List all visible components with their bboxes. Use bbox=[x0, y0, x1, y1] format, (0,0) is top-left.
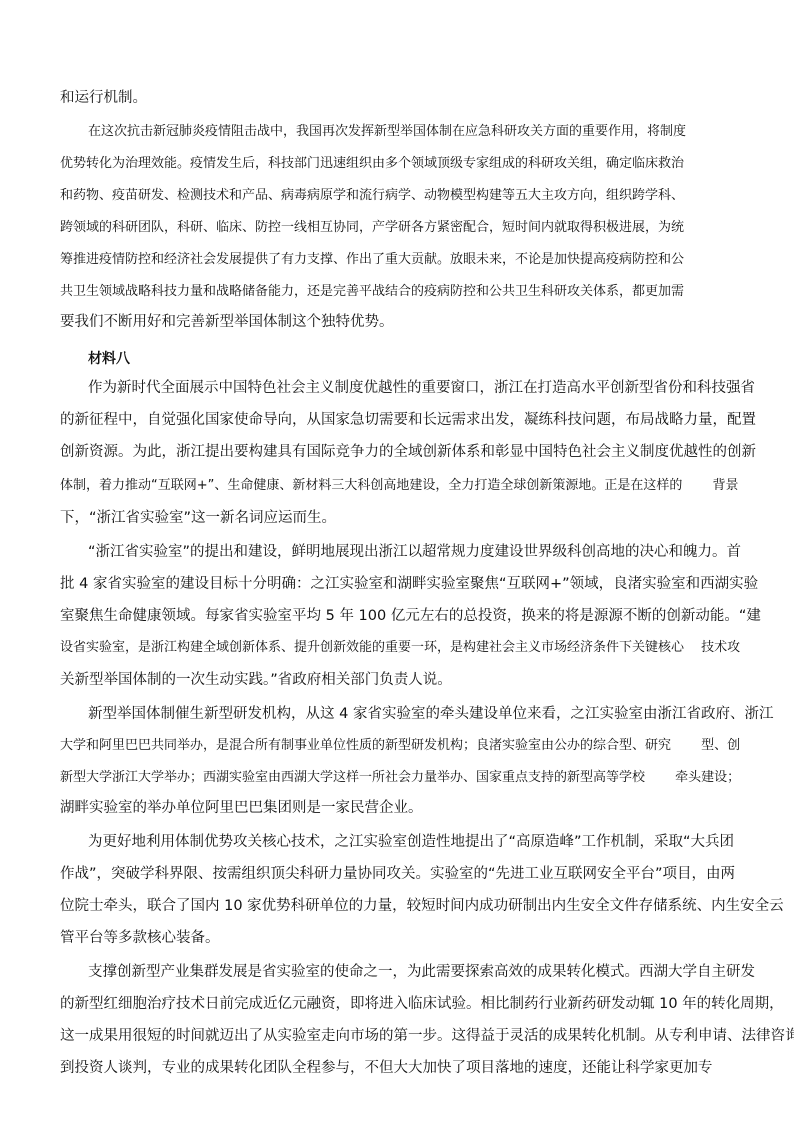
text-line: 设省实验室，是浙江构建全域创新体系、提升创新效能的重要一环，是构建社会主义市场经… bbox=[60, 640, 740, 656]
text-line: 筹推进疫情防控和经济社会发展提供了有力支撑、作出了重大贡献。放眼未来，不论是加快… bbox=[60, 252, 684, 268]
text-line: 体制，着力推动“互联网+”、生命健康、新材料三大科创高地建设，全力打造全球创新策… bbox=[60, 478, 739, 494]
text-line: 管平台等多款核心装备。 bbox=[60, 930, 220, 946]
text-line: 和运行机制。 bbox=[60, 90, 147, 106]
section-heading: 材料八 bbox=[88, 348, 130, 368]
text-line: 位院士牵头，联合了国内 10 家优势科研单位的力量，较短时间内成功研制出内生安全… bbox=[60, 898, 784, 914]
text-line: 批 4 家省实验室的建设目标十分明确：之江实验室和湖畔实验室聚焦“互联网+”领域… bbox=[60, 576, 758, 592]
text-line: 和药物、疫苗研发、检测技术和产品、病毒病原学和流行病学、动物模型构建等五大主攻方… bbox=[60, 188, 684, 204]
text-line: 优势转化为治理效能。疫情发生后，科技部门迅速组织由多个领域顶级专家组成的科研攻关… bbox=[60, 156, 684, 172]
text-line: 作为新时代全面展示中国特色社会主义制度优越性的重要窗口，浙江在打造高水平创新型省… bbox=[88, 380, 755, 396]
text-line: 作战”，突破学科界限、按需组织顶尖科研力量协同攻关。实验室的“先进工业互联网安全… bbox=[60, 866, 735, 882]
text-line: 支撑创新型产业集群发展是省实验室的使命之一，为此需要探索高效的成果转化模式。西湖… bbox=[88, 964, 755, 980]
text-line: 创新资源。为此，浙江提出要构建具有国际竞争力的全域创新体系和彰显中国特色社会主义… bbox=[60, 444, 756, 460]
text-line: “浙江省实验室”的提出和建设，鲜明地展现出浙江以超常规力度建设世界级科创高地的决… bbox=[88, 544, 741, 560]
text-line: 室聚焦生命健康领域。每家省实验室平均 5 年 100 亿元左右的总投资，换来的将… bbox=[60, 608, 761, 624]
text-line: 共卫生领域战略科技力量和战略储备能力，还是完善平战结合的疫病防控和公共卫生科研攻… bbox=[60, 284, 684, 300]
text-line: 新型大学浙江大学举办；西湖实验室由西湖大学这样一所社会力量举办、国家重点支持的新… bbox=[60, 770, 740, 786]
text-line: 下，“浙江省实验室”这一新名词应运而生。 bbox=[60, 510, 336, 526]
text-line: 为更好地利用体制优势攻关核心技术，之江实验室创造性地提出了“高原造峰”工作机制，… bbox=[88, 834, 734, 850]
text-line: 湖畔实验室的举办单位阿里巴巴集团则是一家民营企业。 bbox=[60, 800, 423, 816]
text-line: 要我们不断用好和完善新型举国体制这个独特优势。 bbox=[60, 314, 394, 330]
text-line: 新型举国体制催生新型研发机构，从这 4 家省实验室的牵头建设单位来看，之江实验室… bbox=[88, 706, 773, 722]
text-line: 到投资人谈判，专业的成果转化团队全程参与，不但大大加快了项目落地的速度，还能让科… bbox=[60, 1060, 713, 1076]
text-line: 在这次抗击新冠肺炎疫情阻击战中，我国再次发挥新型举国体制在应急科研攻关方面的重要… bbox=[88, 124, 686, 140]
text-line: 大学和阿里巴巴共同举办，是混合所有制事业单位性质的新型研发机构；良渚实验室由公办… bbox=[60, 738, 740, 754]
text-line: 这一成果用很短的时间就迈出了从实验室走向市场的第一步。这得益于灵活的成果转化机制… bbox=[60, 1028, 794, 1044]
text-line: 跨领域的科研团队，科研、临床、防控一线相互协同，产学研各方紧密配合，短时间内就取… bbox=[60, 220, 684, 236]
text-line: 关新型举国体制的一次生动实践。”省政府相关部门负责人说。 bbox=[60, 672, 452, 688]
text-line: 的新型红细胞治疗技术日前完成近亿元融资，即将进入临床试验。相比制药行业新药研发动… bbox=[60, 996, 784, 1012]
text-line: 的新征程中，自觉强化国家使命导向，从国家急切需要和长远需求出发，凝练科技问题，布… bbox=[60, 412, 756, 428]
